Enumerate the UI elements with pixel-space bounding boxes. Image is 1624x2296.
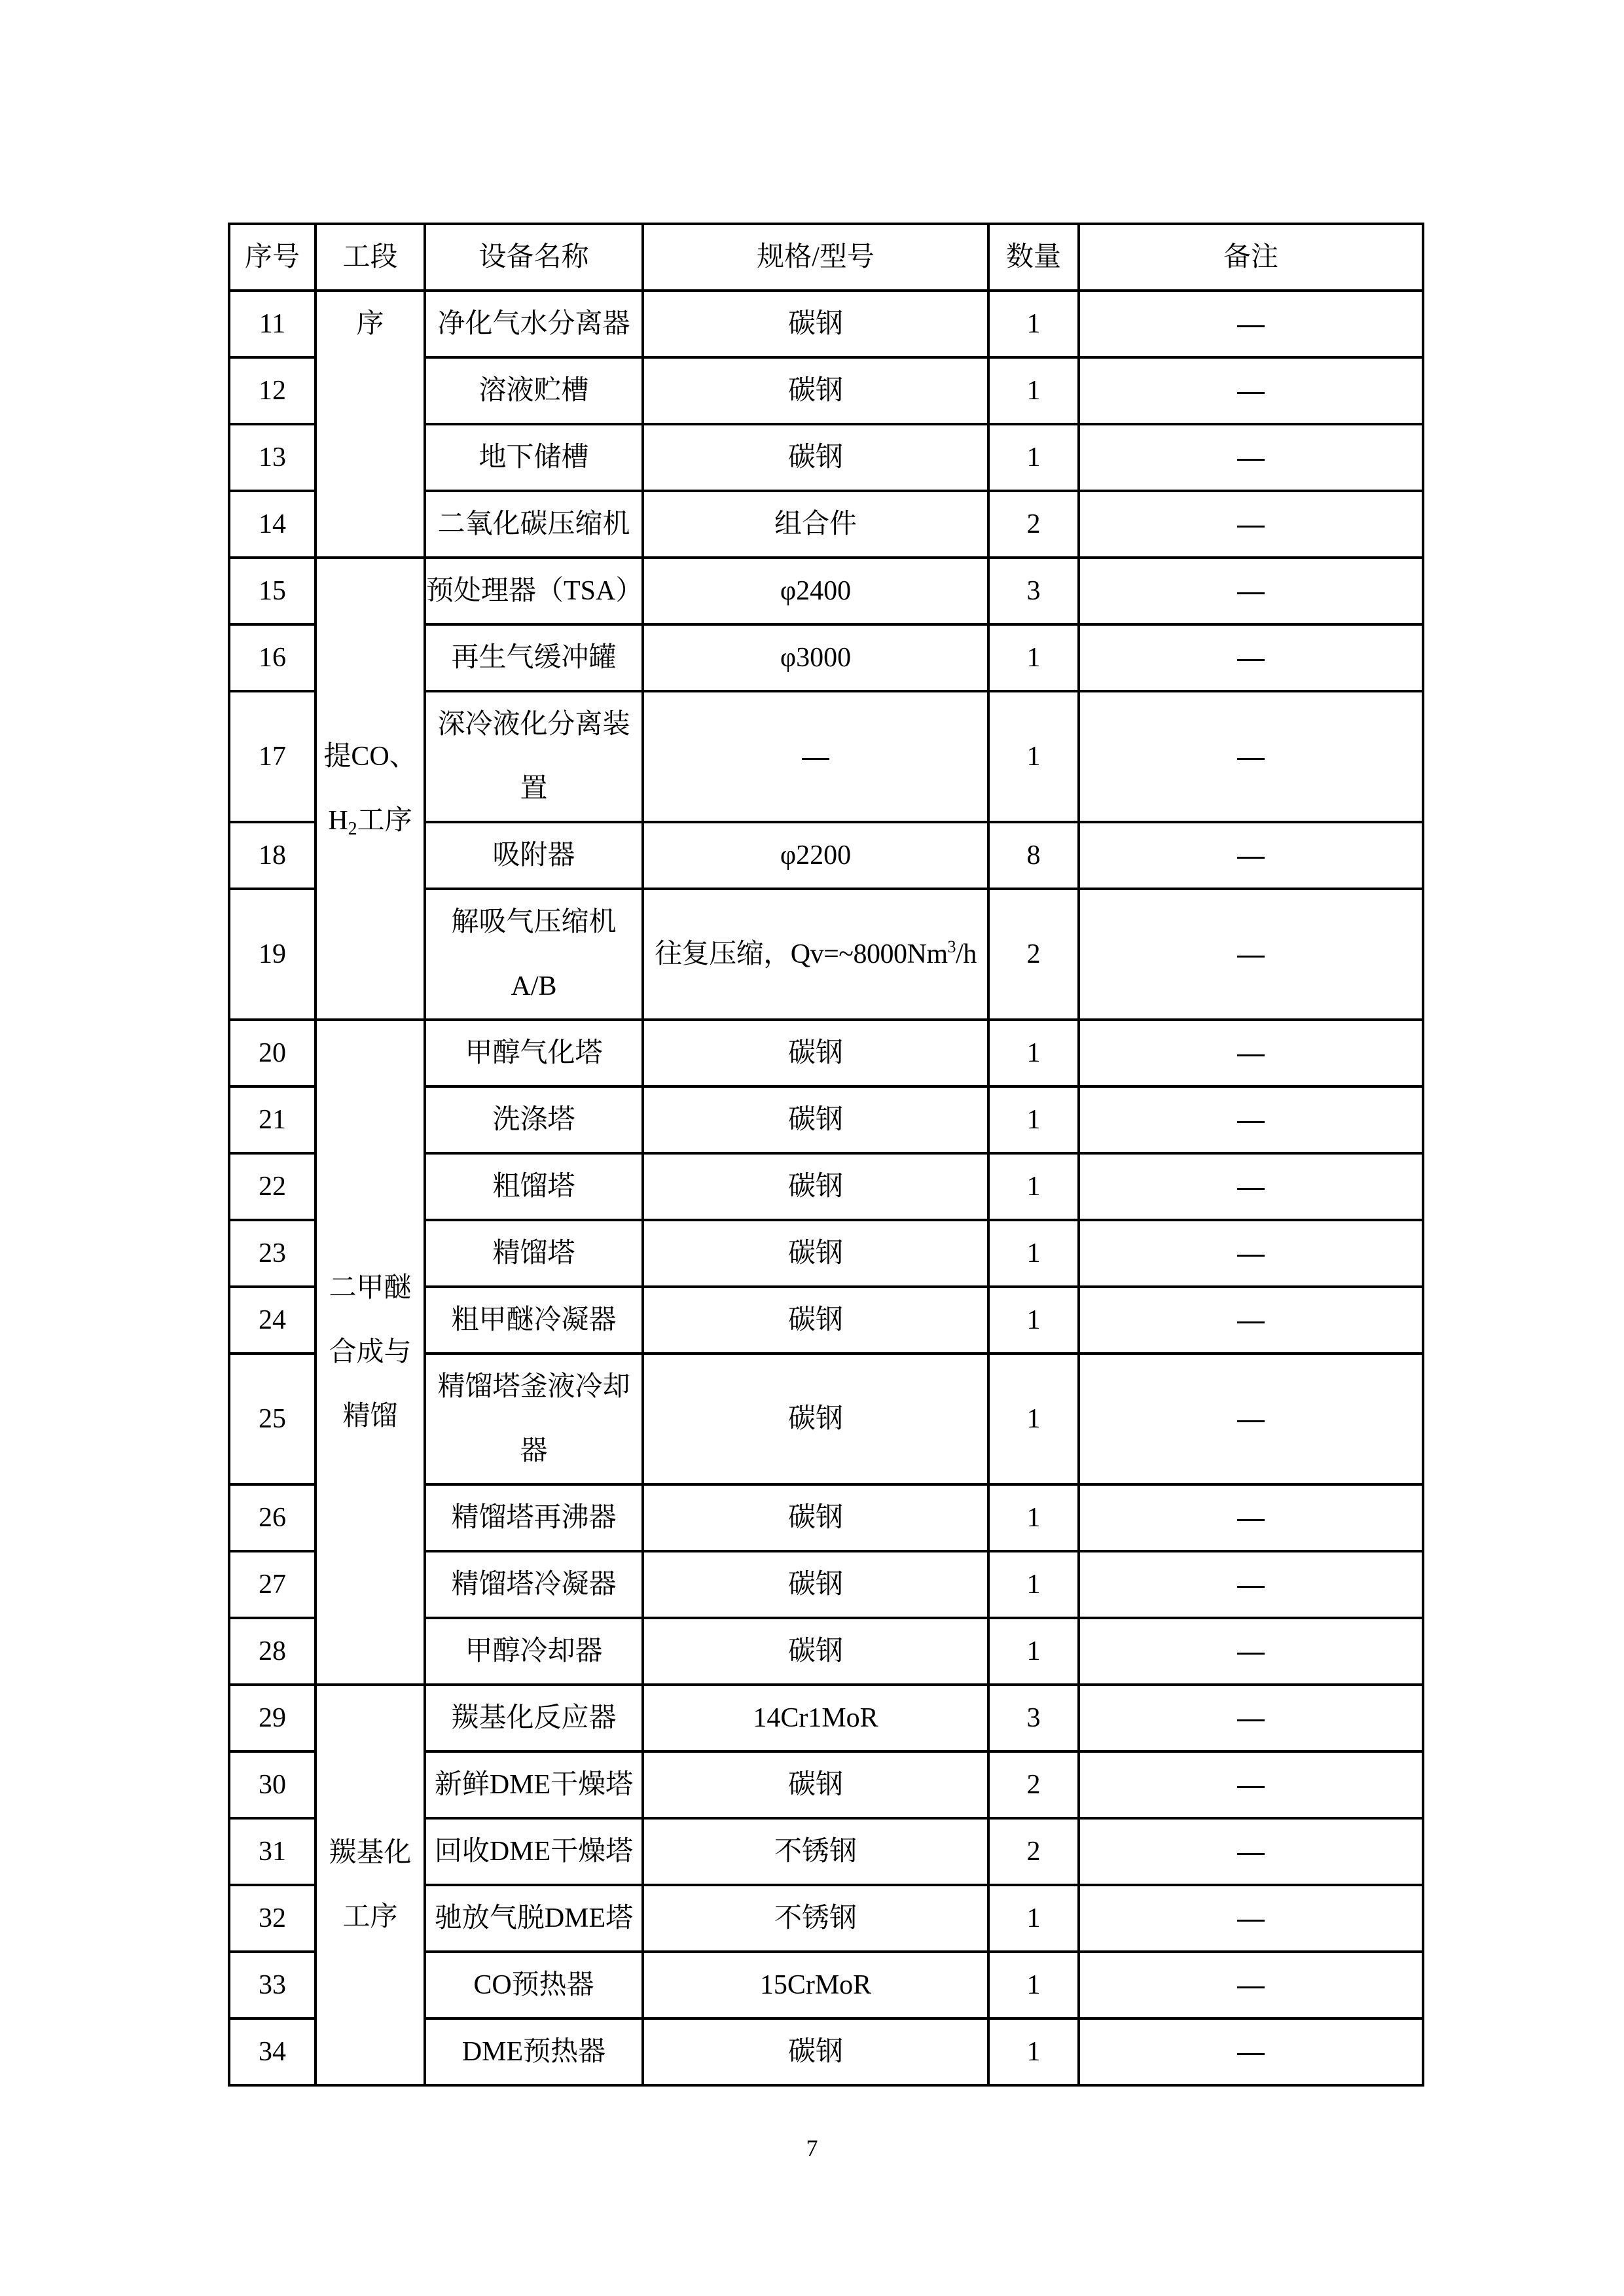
section-label-line1: 二甲醚 bbox=[317, 1256, 424, 1320]
cell-name: 二氧化碳压缩机 bbox=[425, 491, 643, 558]
dash-mark bbox=[1237, 1255, 1265, 1257]
cell-qty: 1 bbox=[988, 424, 1079, 491]
cell-section-3: 二甲醚 合成与 精馏 bbox=[316, 1020, 425, 1685]
cell-section-2: 提CO、 H2工序 bbox=[316, 558, 425, 1020]
cell-qty: 1 bbox=[988, 1551, 1079, 1618]
cell-spec: 组合件 bbox=[643, 491, 988, 558]
name-line1: 深冷液化分离装 bbox=[426, 692, 641, 757]
header-no: 序号 bbox=[229, 224, 316, 291]
cell-name: 驰放气脱DME塔 bbox=[425, 1885, 643, 1952]
cell-remark bbox=[1079, 822, 1423, 889]
cell-spec: φ2200 bbox=[643, 822, 988, 889]
cell-no: 20 bbox=[229, 1020, 316, 1086]
cell-qty: 1 bbox=[988, 1952, 1079, 2018]
cell-remark bbox=[1079, 1354, 1423, 1484]
cell-qty: 1 bbox=[988, 291, 1079, 357]
cell-qty: 8 bbox=[988, 822, 1079, 889]
cell-qty: 1 bbox=[988, 1484, 1079, 1551]
cell-qty: 1 bbox=[988, 691, 1079, 822]
cell-no: 29 bbox=[229, 1685, 316, 1751]
dash-mark bbox=[1237, 1054, 1265, 1056]
table-row: 15 提CO、 H2工序 预处理器（TSA） φ2400 3 bbox=[229, 558, 1423, 624]
dash-mark bbox=[1237, 325, 1265, 327]
header-remark: 备注 bbox=[1079, 224, 1423, 291]
cell-spec: 14Cr1MoR bbox=[643, 1685, 988, 1751]
cell-name: 净化气水分离器 bbox=[425, 291, 643, 357]
cell-remark bbox=[1079, 558, 1423, 624]
cell-qty: 1 bbox=[988, 1885, 1079, 1952]
dash-mark bbox=[1237, 1121, 1265, 1123]
cell-qty: 1 bbox=[988, 357, 1079, 424]
section-label-line1: 羰基化 bbox=[317, 1821, 424, 1885]
cell-remark bbox=[1079, 291, 1423, 357]
section-label-line2: H2工序 bbox=[317, 789, 424, 853]
dash-mark bbox=[1237, 592, 1265, 594]
section-label-line2: 合成与 bbox=[317, 1320, 424, 1384]
cell-no: 13 bbox=[229, 424, 316, 491]
cell-no: 15 bbox=[229, 558, 316, 624]
dash-mark bbox=[1237, 1321, 1265, 1323]
dash-mark bbox=[1237, 2053, 1265, 2055]
cell-spec: 碳钢 bbox=[643, 1618, 988, 1685]
cell-qty: 1 bbox=[988, 1153, 1079, 1220]
cell-name: 羰基化反应器 bbox=[425, 1685, 643, 1751]
cell-remark bbox=[1079, 691, 1423, 822]
cell-name: 粗甲醚冷凝器 bbox=[425, 1287, 643, 1354]
document-page: 序号 工段 设备名称 规格/型号 数量 备注 11 序 净化气水分离器 碳钢 1… bbox=[0, 0, 1624, 2296]
cell-remark bbox=[1079, 889, 1423, 1020]
cell-name: 精馏塔釜液冷却 器 bbox=[425, 1354, 643, 1484]
cell-no: 33 bbox=[229, 1952, 316, 2018]
dash-mark bbox=[1237, 1519, 1265, 1521]
dash-mark bbox=[1237, 758, 1265, 760]
cell-no: 26 bbox=[229, 1484, 316, 1551]
cell-remark bbox=[1079, 491, 1423, 558]
cell-qty: 2 bbox=[988, 889, 1079, 1020]
cell-remark bbox=[1079, 1484, 1423, 1551]
section-label: 序 bbox=[356, 309, 384, 339]
header-quantity: 数量 bbox=[988, 224, 1079, 291]
cell-no: 32 bbox=[229, 1885, 316, 1952]
cell-spec: 碳钢 bbox=[643, 1551, 988, 1618]
cell-qty: 3 bbox=[988, 558, 1079, 624]
subscript-2: 2 bbox=[348, 819, 357, 839]
cell-no: 30 bbox=[229, 1751, 316, 1818]
cell-no: 23 bbox=[229, 1220, 316, 1287]
page-number: 7 bbox=[0, 2135, 1624, 2161]
cell-no: 11 bbox=[229, 291, 316, 357]
name-line2: 置 bbox=[426, 757, 641, 821]
cell-section-1: 序 bbox=[316, 291, 425, 558]
cell-remark bbox=[1079, 1685, 1423, 1751]
dash-mark bbox=[1237, 659, 1265, 661]
cell-qty: 1 bbox=[988, 1086, 1079, 1153]
cell-qty: 2 bbox=[988, 491, 1079, 558]
dash-mark bbox=[802, 758, 829, 760]
cell-no: 24 bbox=[229, 1287, 316, 1354]
section-label-line3: 精馏 bbox=[317, 1384, 424, 1448]
cell-remark bbox=[1079, 1751, 1423, 1818]
table-row: 11 序 净化气水分离器 碳钢 1 bbox=[229, 291, 1423, 357]
dash-mark bbox=[1237, 1786, 1265, 1788]
cell-qty: 1 bbox=[988, 624, 1079, 691]
cell-remark bbox=[1079, 1287, 1423, 1354]
cell-name: DME预热器 bbox=[425, 2018, 643, 2085]
cell-no: 28 bbox=[229, 1618, 316, 1685]
cell-remark bbox=[1079, 1086, 1423, 1153]
cell-name: 甲醇冷却器 bbox=[425, 1618, 643, 1685]
name-line1: 解吸气压缩机 bbox=[426, 890, 641, 954]
cell-remark bbox=[1079, 1551, 1423, 1618]
cell-remark bbox=[1079, 1885, 1423, 1952]
cell-spec: 碳钢 bbox=[643, 1354, 988, 1484]
section-label-line1: 提CO、 bbox=[317, 725, 424, 789]
cell-name: 再生气缓冲罐 bbox=[425, 624, 643, 691]
cell-spec: 碳钢 bbox=[643, 1484, 988, 1551]
dash-mark bbox=[1237, 459, 1265, 461]
cell-spec: 碳钢 bbox=[643, 1020, 988, 1086]
cell-name: 新鲜DME干燥塔 bbox=[425, 1751, 643, 1818]
section-label-h: H bbox=[328, 806, 348, 836]
cell-remark bbox=[1079, 2018, 1423, 2085]
cell-spec: φ2400 bbox=[643, 558, 988, 624]
cell-qty: 2 bbox=[988, 1818, 1079, 1885]
cell-qty: 1 bbox=[988, 1618, 1079, 1685]
table-row: 20 二甲醚 合成与 精馏 甲醇气化塔 碳钢 1 bbox=[229, 1020, 1423, 1086]
cell-remark bbox=[1079, 624, 1423, 691]
cell-name: 地下储槽 bbox=[425, 424, 643, 491]
header-section: 工段 bbox=[316, 224, 425, 291]
cell-name: 解吸气压缩机 A/B bbox=[425, 889, 643, 1020]
dash-mark bbox=[1237, 392, 1265, 394]
dash-mark bbox=[1237, 1653, 1265, 1655]
cell-name: 粗馏塔 bbox=[425, 1153, 643, 1220]
cell-name: 洗涤塔 bbox=[425, 1086, 643, 1153]
dash-mark bbox=[1237, 1719, 1265, 1721]
cell-spec: 碳钢 bbox=[643, 357, 988, 424]
cell-spec: 碳钢 bbox=[643, 1086, 988, 1153]
cell-spec: 不锈钢 bbox=[643, 1885, 988, 1952]
cell-section-4: 羰基化 工序 bbox=[316, 1685, 425, 2085]
cell-name: 回收DME干燥塔 bbox=[425, 1818, 643, 1885]
dash-mark bbox=[1237, 1420, 1265, 1422]
name-line2: A/B bbox=[426, 954, 641, 1018]
cell-name: 精馏塔再沸器 bbox=[425, 1484, 643, 1551]
dash-mark bbox=[1237, 1586, 1265, 1588]
table-header-row: 序号 工段 设备名称 规格/型号 数量 备注 bbox=[229, 224, 1423, 291]
cell-no: 18 bbox=[229, 822, 316, 889]
cell-no: 16 bbox=[229, 624, 316, 691]
section-label-line2: 工序 bbox=[317, 1885, 424, 1949]
cell-spec: φ3000 bbox=[643, 624, 988, 691]
cell-spec: 往复压缩，Qv=~8000Nm3/h bbox=[643, 889, 988, 1020]
dash-mark bbox=[1237, 956, 1265, 958]
cell-remark bbox=[1079, 1020, 1423, 1086]
dash-mark bbox=[1237, 1920, 1265, 1922]
cell-no: 22 bbox=[229, 1153, 316, 1220]
cell-name: CO预热器 bbox=[425, 1952, 643, 2018]
equipment-table: 序号 工段 设备名称 规格/型号 数量 备注 11 序 净化气水分离器 碳钢 1… bbox=[228, 223, 1424, 2087]
dash-mark bbox=[1237, 857, 1265, 859]
cell-spec: 碳钢 bbox=[643, 291, 988, 357]
superscript-3: 3 bbox=[948, 937, 956, 956]
cell-qty: 1 bbox=[988, 1354, 1079, 1484]
cell-no: 14 bbox=[229, 491, 316, 558]
cell-remark bbox=[1079, 1220, 1423, 1287]
cell-spec: 碳钢 bbox=[643, 1153, 988, 1220]
name-line2: 器 bbox=[426, 1419, 641, 1483]
cell-no: 34 bbox=[229, 2018, 316, 2085]
spec-tail: /h bbox=[956, 939, 977, 969]
cell-no: 12 bbox=[229, 357, 316, 424]
cell-name: 精馏塔冷凝器 bbox=[425, 1551, 643, 1618]
cell-no: 17 bbox=[229, 691, 316, 822]
cell-remark bbox=[1079, 357, 1423, 424]
dash-mark bbox=[1237, 1853, 1265, 1855]
dash-mark bbox=[1237, 1986, 1265, 1988]
cell-spec: 碳钢 bbox=[643, 1287, 988, 1354]
cell-spec: 碳钢 bbox=[643, 424, 988, 491]
cell-spec: 碳钢 bbox=[643, 1220, 988, 1287]
cell-spec: 15CrMoR bbox=[643, 1952, 988, 2018]
table-row: 29 羰基化 工序 羰基化反应器 14Cr1MoR 3 bbox=[229, 1685, 1423, 1751]
cell-qty: 1 bbox=[988, 2018, 1079, 2085]
cell-qty: 1 bbox=[988, 1220, 1079, 1287]
cell-qty: 1 bbox=[988, 1020, 1079, 1086]
section-label-rest: 工序 bbox=[357, 806, 412, 836]
cell-no: 21 bbox=[229, 1086, 316, 1153]
cell-remark bbox=[1079, 1618, 1423, 1685]
header-equipment-name: 设备名称 bbox=[425, 224, 643, 291]
cell-qty: 1 bbox=[988, 1287, 1079, 1354]
cell-remark bbox=[1079, 1818, 1423, 1885]
cell-no: 25 bbox=[229, 1354, 316, 1484]
header-spec: 规格/型号 bbox=[643, 224, 988, 291]
cell-spec: 碳钢 bbox=[643, 2018, 988, 2085]
cell-no: 27 bbox=[229, 1551, 316, 1618]
cell-remark bbox=[1079, 424, 1423, 491]
cell-name: 吸附器 bbox=[425, 822, 643, 889]
cell-name: 深冷液化分离装 置 bbox=[425, 691, 643, 822]
cell-qty: 2 bbox=[988, 1751, 1079, 1818]
name-line1: 精馏塔釜液冷却 bbox=[426, 1355, 641, 1419]
cell-name: 精馏塔 bbox=[425, 1220, 643, 1287]
cell-spec bbox=[643, 691, 988, 822]
cell-no: 19 bbox=[229, 889, 316, 1020]
spec-main: 往复压缩，Qv=~8000Nm bbox=[655, 939, 947, 969]
cell-spec: 不锈钢 bbox=[643, 1818, 988, 1885]
cell-name: 预处理器（TSA） bbox=[425, 558, 643, 624]
cell-remark bbox=[1079, 1153, 1423, 1220]
cell-no: 31 bbox=[229, 1818, 316, 1885]
cell-remark bbox=[1079, 1952, 1423, 2018]
cell-spec: 碳钢 bbox=[643, 1751, 988, 1818]
cell-name: 甲醇气化塔 bbox=[425, 1020, 643, 1086]
cell-qty: 3 bbox=[988, 1685, 1079, 1751]
dash-mark bbox=[1237, 526, 1265, 528]
cell-name: 溶液贮槽 bbox=[425, 357, 643, 424]
dash-mark bbox=[1237, 1188, 1265, 1190]
